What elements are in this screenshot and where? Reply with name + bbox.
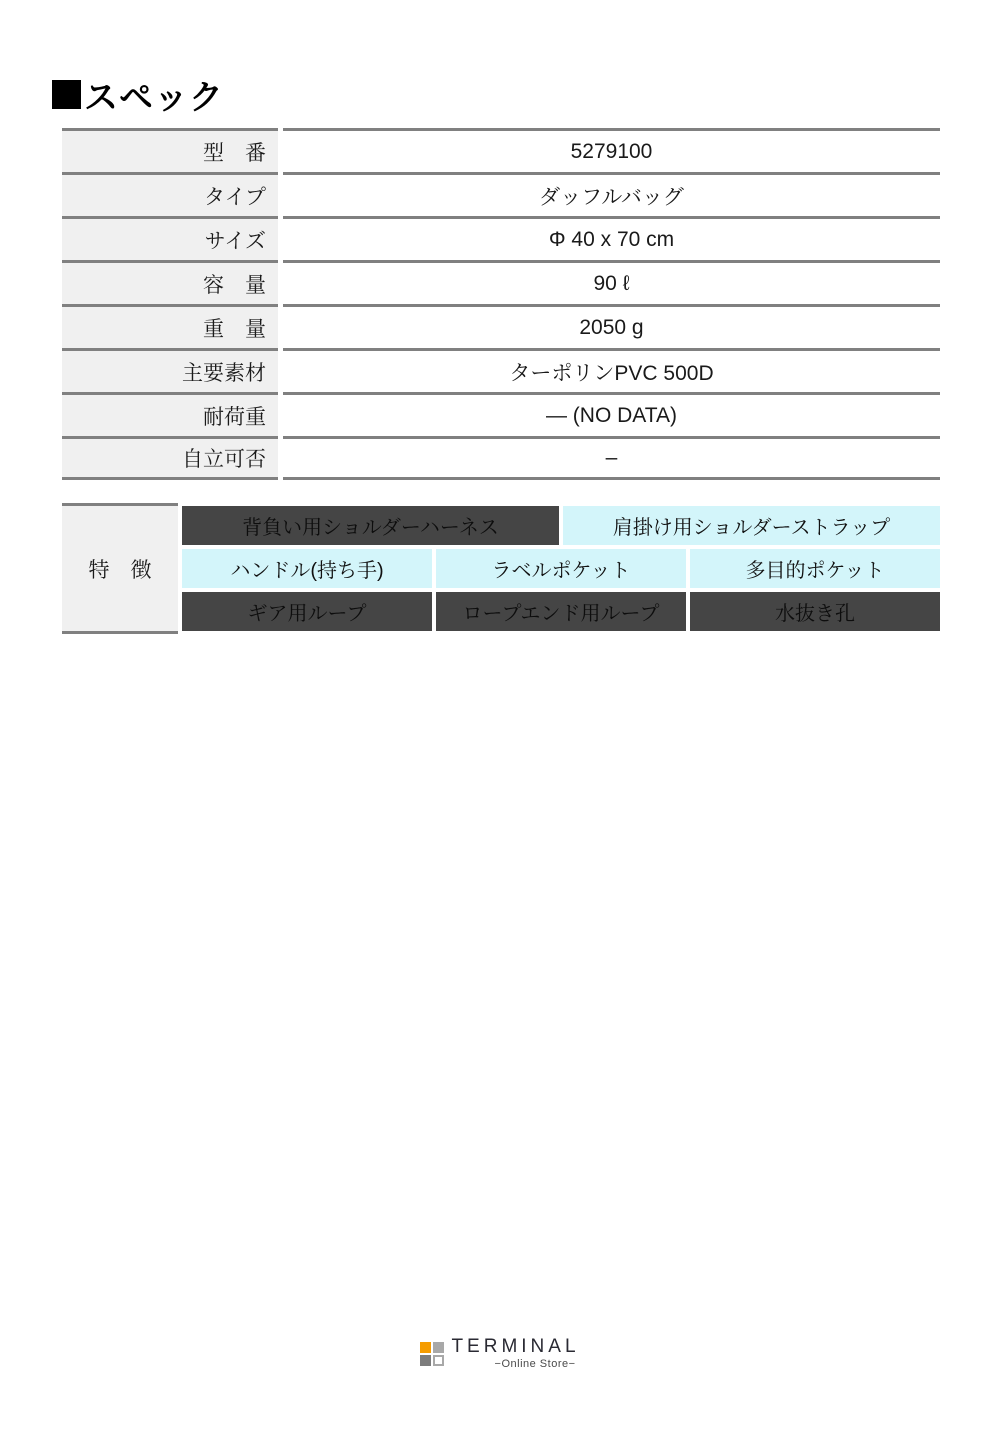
features-section: 特 徴 背負い用ショルダーハーネス 肩掛け用ショルダーストラップ ハンドル(持ち… (62, 503, 940, 634)
spec-value: ダッフルバッグ (283, 172, 940, 216)
spec-label: サイズ (62, 216, 278, 260)
spec-label: 容 量 (62, 260, 278, 304)
spec-row-weight: 重 量 2050 g (62, 304, 940, 348)
spec-label: 重 量 (62, 304, 278, 348)
spec-row-material: 主要素材 ターポリンPVC 500D (62, 348, 940, 392)
spec-label: タイプ (62, 172, 278, 216)
spec-value: 90 ℓ (283, 260, 940, 304)
spec-row-self-standing: 自立可否 – (62, 436, 940, 480)
feature-backpack-harness: 背負い用ショルダーハーネス (182, 506, 559, 545)
features-label: 特 徴 (62, 503, 178, 634)
feature-gear-loop: ギア用ループ (182, 592, 432, 631)
section-title-text: スペック (84, 70, 224, 119)
logo-square-dark-gray (420, 1355, 431, 1366)
spec-label: 型 番 (62, 128, 278, 172)
spec-table: 型 番 5279100 タイプ ダッフルバッグ サイズ Φ 40 x 70 cm… (62, 128, 940, 480)
section-title: スペック (52, 70, 224, 119)
logo-square-outline (433, 1355, 444, 1366)
features-row: ギア用ループ ロープエンド用ループ 水抜き孔 (182, 592, 940, 631)
feature-multi-purpose-pocket: 多目的ポケット (690, 549, 940, 588)
spec-value: 5279100 (283, 128, 940, 172)
features-row: 背負い用ショルダーハーネス 肩掛け用ショルダーストラップ (182, 506, 940, 545)
logo-squares-icon (420, 1342, 444, 1366)
feature-label-pocket: ラベルポケット (436, 549, 686, 588)
spec-value: 2050 g (283, 304, 940, 348)
spec-value: Φ 40 x 70 cm (283, 216, 940, 260)
feature-handle: ハンドル(持ち手) (182, 549, 432, 588)
logo-square-gray (433, 1342, 444, 1353)
spec-row-capacity: 容 量 90 ℓ (62, 260, 940, 304)
black-square-bullet-icon (52, 80, 81, 109)
features-grid: 背負い用ショルダーハーネス 肩掛け用ショルダーストラップ ハンドル(持ち手) ラ… (182, 503, 940, 634)
spec-row-load-capacity: 耐荷重 ― (NO DATA) (62, 392, 940, 436)
spec-label: 主要素材 (62, 348, 278, 392)
feature-rope-end-loop: ロープエンド用ループ (436, 592, 686, 631)
logo-square-orange (420, 1342, 431, 1353)
spec-value: ターポリンPVC 500D (283, 348, 940, 392)
brand-tagline: −Online Store− (495, 1359, 576, 1370)
feature-shoulder-strap: 肩掛け用ショルダーストラップ (563, 506, 940, 545)
spec-label: 自立可否 (62, 436, 278, 480)
brand-name: TERMINAL (451, 1337, 579, 1356)
spec-label: 耐荷重 (62, 392, 278, 436)
store-logo: TERMINAL −Online Store− (0, 1337, 1000, 1370)
features-row: ハンドル(持ち手) ラベルポケット 多目的ポケット (182, 549, 940, 588)
spec-value: ― (NO DATA) (283, 392, 940, 436)
spec-value: – (283, 436, 940, 480)
feature-drain-hole: 水抜き孔 (690, 592, 940, 631)
spec-row-type: タイプ ダッフルバッグ (62, 172, 940, 216)
spec-row-model-number: 型 番 5279100 (62, 128, 940, 172)
logo-text: TERMINAL −Online Store− (451, 1337, 579, 1370)
spec-row-size: サイズ Φ 40 x 70 cm (62, 216, 940, 260)
